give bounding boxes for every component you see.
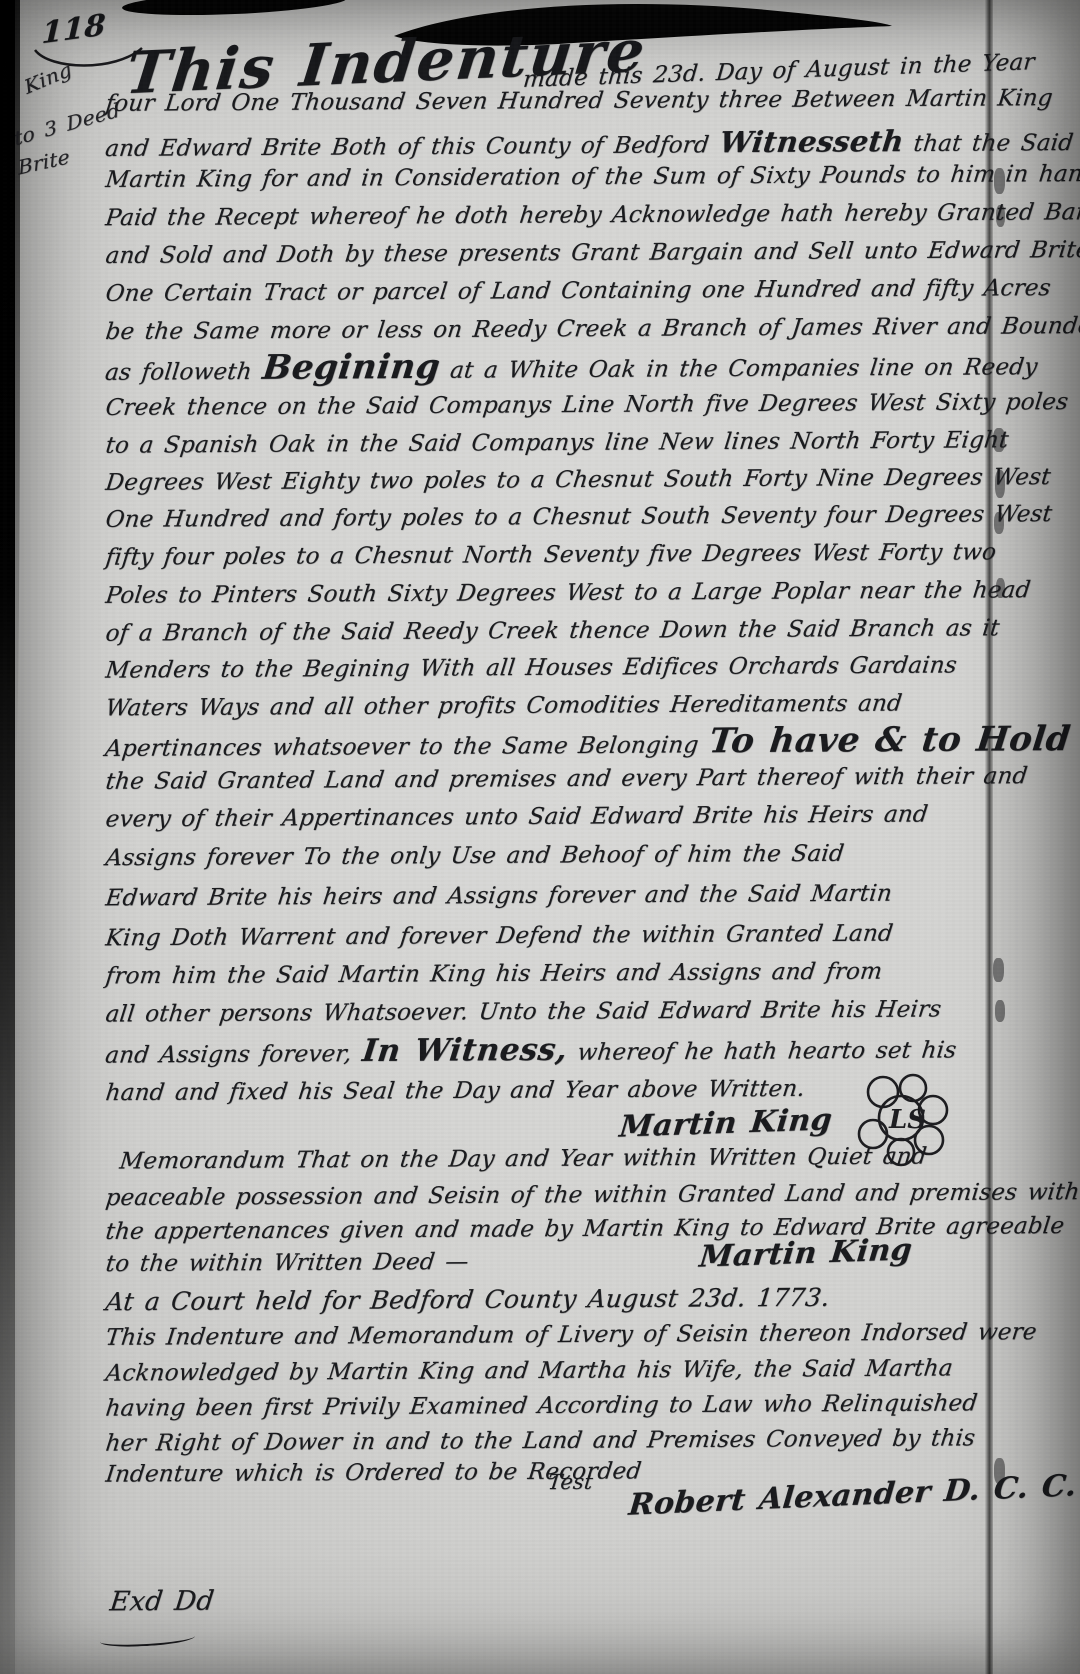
deed-line-text: of a Branch of the Said Reedy Creek then… [104,615,1001,646]
court-line-text: At a Court held for Bedford County Augus… [104,1283,831,1316]
memorandum-signature: Martin King [698,1232,914,1274]
deed-line: be the Same more or less on Reedy Creek … [104,313,1080,345]
deed-line-text: Paid the Recept whereof he doth hereby A… [104,199,1080,231]
deed-line: and Assigns forever, In Witness, whereof… [104,1029,959,1070]
deed-line-text: Waters Ways and all other profits Comodi… [104,691,903,722]
deed-line-text: Martin King for and in Consideration of … [104,161,1080,193]
deed-line: Degrees West Eighty two poles to a Chesn… [104,464,1052,496]
deed-line-text: Assigns forever To the only Use and Beho… [104,841,845,872]
deed-line: Menders to the Begining With all Houses … [104,652,958,683]
court-line: At a Court held for Bedford County Augus… [104,1283,831,1316]
memorandum-line: to the within Written Deed — [104,1249,470,1277]
court-line: having been first Privily Examined Accor… [104,1390,979,1421]
deed-line-text: be the Same more or less on Reedy Creek … [104,313,1080,345]
court-line: Acknowledged by Martin King and Martha h… [104,1355,954,1386]
deed-line: of a Branch of the Said Reedy Creek then… [104,615,1001,646]
deed-line-text: and Assigns forever, [104,1041,364,1069]
deed-line-text: Degrees West Eighty two poles to a Chesn… [104,464,1052,496]
deed-line: from him the Said Martin King his Heirs … [104,959,883,990]
deed-line: Martin King for and in Consideration of … [104,161,1080,193]
deed-line-text: from him the Said Martin King his Heirs … [104,959,883,990]
deed-line-text: that the Said [902,130,1075,157]
scan-left-edge-taper [13,0,20,760]
deed-line-emphasis: In Witness, [360,1032,569,1069]
court-line-text: her Right of Dower in and to the Land an… [104,1425,976,1456]
deed-line-text: to a Spanish Oak in the Said Companys li… [104,427,1010,459]
examined-mark: Exd Dd [108,1586,216,1618]
deed-line-text: One Hundred and forty poles to a Chesnut… [104,501,1053,533]
deed-line: One Hundred and forty poles to a Chesnut… [104,501,1053,533]
memorandum-line: Memorandum That on the Day and Year with… [118,1144,928,1175]
deed-line-emphasis: Witnesseth [718,124,906,159]
deed-line-text: and Sold and Doth by these presents Gran… [104,237,1080,269]
seal-label: LS [888,1105,926,1135]
deed-line: four Lord One Thousand Seven Hundred Sev… [104,85,1054,117]
deed-line: One Certain Tract or parcel of Land Cont… [104,275,1052,307]
deed-line-text: the Said Granted Land and premises and e… [104,763,1029,795]
memorandum-line-text: the appertenances given and made by Mart… [104,1213,1066,1245]
deed-book-page-scan: 118 King to 3 Deed Brite This Indenture … [0,0,1080,1674]
deed-line: Poles to Pinters South Sixty Degrees Wes… [104,577,1032,609]
deed-line-text: whereof he hath hearto set his [565,1037,957,1065]
court-line: her Right of Dower in and to the Land an… [104,1425,976,1456]
deed-line-text: as followeth [104,359,264,386]
deed-line-text: four Lord One Thousand Seven Hundred Sev… [104,85,1054,117]
page-edge-mark [995,1000,1005,1022]
deed-line: Paid the Recept whereof he doth hereby A… [104,199,1080,231]
deed-line: hand and fixed his Seal the Day and Year… [104,1076,806,1106]
deed-line-text: Menders to the Begining With all Houses … [104,652,958,683]
deed-line: as followeth Begining at a White Oak in … [103,343,1040,389]
attest-label: Test [547,1470,595,1494]
court-line: This Indenture and Memorandum of Livery … [104,1319,1038,1351]
deed-line: and Sold and Doth by these presents Gran… [104,237,1080,269]
memorandum-line-text: to the within Written Deed — [104,1249,470,1277]
deed-line: Creek thence on the Said Companys Line N… [104,389,1070,421]
deed-line: Waters Ways and all other profits Comodi… [104,691,903,722]
examined-mark-flourish [100,1630,196,1649]
deed-line-text: at a White Oak in the Companies line on … [438,354,1039,384]
court-line-text: having been first Privily Examined Accor… [104,1390,979,1421]
deed-line-text: King Doth Warrent and forever Defend the… [104,921,894,952]
deed-line-text: all other persons Whatsoever. Unto the S… [104,996,943,1027]
deed-line: to a Spanish Oak in the Said Companys li… [104,427,1010,459]
deed-line-emphasis: To have & to Hold [707,719,1073,761]
deed-line-text: Creek thence on the Said Companys Line N… [104,389,1070,421]
memorandum-line-text: Memorandum That on the Day and Year with… [118,1144,928,1175]
court-line-text: Acknowledged by Martin King and Martha h… [104,1355,954,1386]
grantor-signature: Martin King [618,1102,834,1144]
deed-line: Apertinances whatsoever to the Same Belo… [103,719,1072,765]
memorandum-line: peaceable possession and Seisin of the w… [104,1179,1080,1211]
deed-line-text: fifty four poles to a Chesnut North Seve… [104,539,998,570]
deed-line: Edward Brite his heirs and Assigns forev… [104,881,893,912]
deed-line-text: Apertinances whatsoever to the Same Belo… [104,732,711,762]
memorandum-line-text: peaceable possession and Seisin of the w… [104,1179,1080,1211]
scan-top-ink-blot [122,0,348,19]
deed-line: King Doth Warrent and forever Defend the… [104,921,894,952]
deed-line-text: One Certain Tract or parcel of Land Cont… [104,275,1052,307]
deed-line: Assigns forever To the only Use and Beho… [104,841,845,872]
deed-line-emphasis: Begining [260,347,442,388]
deed-line-text: Poles to Pinters South Sixty Degrees Wes… [104,577,1032,609]
deed-line: every of their Appertinances unto Said E… [104,801,929,832]
deed-line-text: and Edward Brite Both of this County of … [104,132,721,162]
deed-line-text: Edward Brite his heirs and Assigns forev… [104,881,893,912]
margin-note-grantee: Brite [17,145,71,180]
court-line-text: This Indenture and Memorandum of Livery … [104,1319,1038,1351]
deed-line: all other persons Whatsoever. Unto the S… [104,996,943,1027]
deed-line-text: every of their Appertinances unto Said E… [104,801,929,832]
deed-line: the Said Granted Land and premises and e… [104,763,1029,795]
deed-line: and Edward Brite Both of this County of … [104,123,1076,163]
memorandum-line: the appertenances given and made by Mart… [104,1213,1066,1245]
deed-line-text: hand and fixed his Seal the Day and Year… [104,1076,806,1106]
deed-line: fifty four poles to a Chesnut North Seve… [104,539,998,570]
page-edge-mark [993,958,1004,982]
